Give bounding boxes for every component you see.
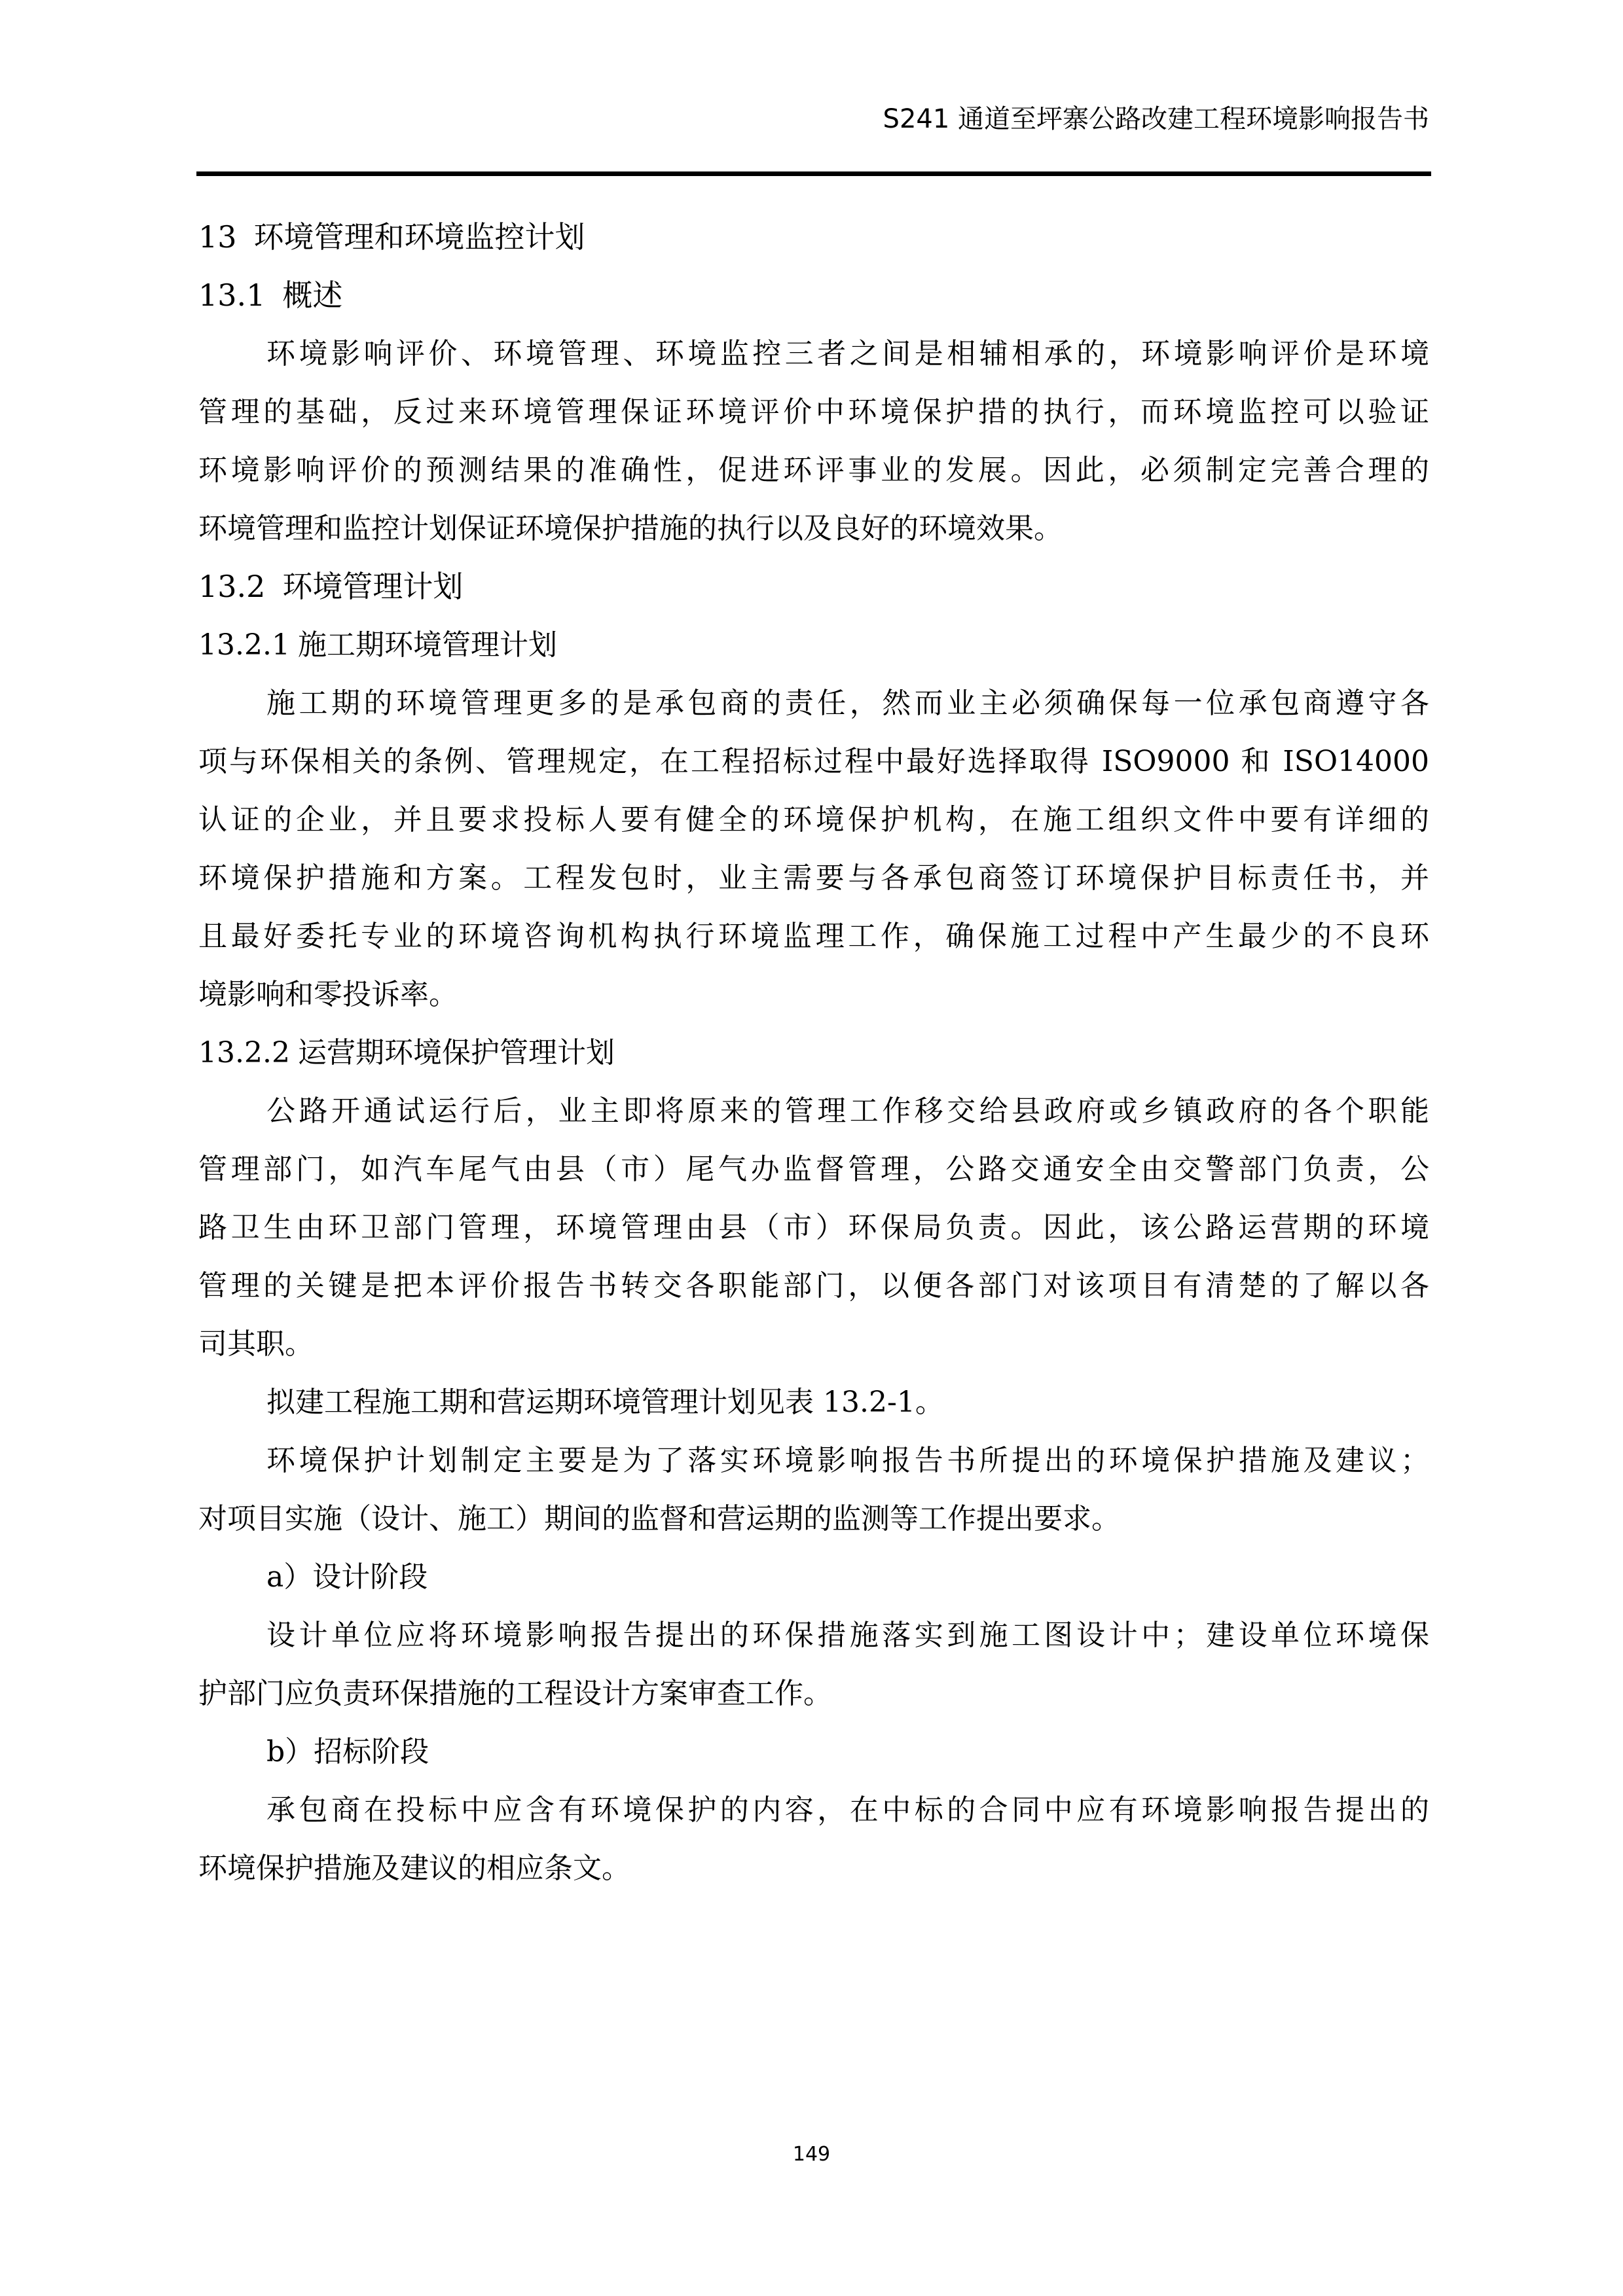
item-a-design-stage: a）设计阶段 [198, 1548, 1429, 1606]
text-line: 环境管理和监控计划保证环境保护措施的执行以及良好的环境效果。 [198, 499, 1429, 558]
heading-title: 施工期环境管理计划 [298, 628, 557, 662]
paragraph-operation-plan: 公路开通试运行后，业主即将原来的管理工作移交给县政府或乡镇政府的各个职能 管理部… [198, 1082, 1429, 1373]
text-line: 环境影响评价、环境管理、环境监控三者之间是相辅相承的，环境影响评价是环境 [198, 325, 1429, 383]
text-line: 环境保护措施和方案。工程发包时，业主需要与各承包商签订环境保护目标责任书，并 [198, 849, 1429, 907]
heading-title: 运营期环境保护管理计划 [298, 1036, 615, 1069]
paragraph-design-stage: 设计单位应将环境影响报告提出的环保措施落实到施工图设计中；建设单位环境保 护部门… [198, 1606, 1429, 1723]
text-line: 管理部门，如汽车尾气由县（市）尾气办监督管理，公路交通安全由交警部门负责，公 [198, 1140, 1429, 1198]
paragraph-protection-plan: 环境保护计划制定主要是为了落实环境影响报告书所提出的环境保护措施及建议； 对项目… [198, 1431, 1429, 1548]
heading-13-2: 13.2环境管理计划 [198, 558, 1429, 616]
heading-number: 13.1 [198, 266, 265, 325]
paragraph-construction-plan: 施工期的环境管理更多的是承包商的责任，然而业主必须确保每一位承包商遵守各 项与环… [198, 674, 1429, 1024]
text-line: 境影响和零投诉率。 [198, 965, 1429, 1024]
text-line: 路卫生由环卫部门管理，环境管理由县（市）环保局负责。因此，该公路运营期的环境 [198, 1198, 1429, 1257]
text-line: 认证的企业，并且要求投标人要有健全的环境保护机构，在施工组织文件中要有详细的 [198, 791, 1429, 849]
text-line: 护部门应负责环保措施的工程设计方案审查工作。 [198, 1664, 1429, 1723]
page-body: 13环境管理和环境监控计划 13.1概述 环境影响评价、环境管理、环境监控三者之… [198, 208, 1429, 1897]
item-b-bidding-stage: b）招标阶段 [198, 1723, 1429, 1781]
heading-13-1: 13.1概述 [198, 266, 1429, 325]
text-line: 且最好委托专业的环境咨询机构执行环境监理工作，确保施工过程中产生最少的不良环 [198, 907, 1429, 965]
heading-13-2-1: 13.2.1施工期环境管理计划 [198, 616, 1429, 674]
text-line: 承包商在投标中应含有环境保护的内容，在中标的合同中应有环境影响报告提出的 [198, 1781, 1429, 1839]
paragraph-bidding-stage: 承包商在投标中应含有环境保护的内容，在中标的合同中应有环境影响报告提出的 环境保… [198, 1781, 1429, 1897]
paragraph-table-reference: 拟建工程施工期和营运期环境管理计划见表 13.2-1。 [198, 1373, 1429, 1431]
text-line: 对项目实施（设计、施工）期间的监督和营运期的监测等工作提出要求。 [198, 1490, 1429, 1548]
paragraph-overview: 环境影响评价、环境管理、环境监控三者之间是相辅相承的，环境影响评价是环境 管理的… [198, 325, 1429, 558]
heading-title: 环境管理和环境监控计划 [254, 219, 585, 255]
text-line: 设计单位应将环境影响报告提出的环保措施落实到施工图设计中；建设单位环境保 [198, 1606, 1429, 1664]
running-header-title: S241 通道至坪寨公路改建工程环境影响报告书 [883, 98, 1429, 135]
text-line: 环境影响评价的预测结果的准确性，促进环评事业的发展。因此，必须制定完善合理的 [198, 441, 1429, 499]
text-line: 管理的关键是把本评价报告书转交各职能部门，以便各部门对该项目有清楚的了解以各 [198, 1257, 1429, 1315]
heading-13: 13环境管理和环境监控计划 [198, 208, 1429, 266]
heading-number: 13.2.1 [198, 616, 290, 674]
header-rule [196, 171, 1431, 176]
heading-title: 概述 [282, 278, 342, 313]
text-line: 项与环保相关的条例、管理规定，在工程招标过程中最好选择取得 ISO9000 和 … [198, 732, 1429, 791]
text-line: 环境保护措施及建议的相应条文。 [198, 1839, 1429, 1897]
page-number: 149 [0, 2143, 1623, 2166]
text-line: 公路开通试运行后，业主即将原来的管理工作移交给县政府或乡镇政府的各个职能 [198, 1082, 1429, 1140]
text-line: 司其职。 [198, 1315, 1429, 1373]
text-line: 施工期的环境管理更多的是承包商的责任，然而业主必须确保每一位承包商遵守各 [198, 674, 1429, 732]
heading-13-2-2: 13.2.2运营期环境保护管理计划 [198, 1024, 1429, 1082]
heading-number: 13.2 [198, 558, 265, 616]
heading-number: 13 [198, 208, 237, 266]
document-page: S241 通道至坪寨公路改建工程环境影响报告书 13环境管理和环境监控计划 13… [0, 0, 1623, 2296]
heading-title: 环境管理计划 [282, 569, 463, 604]
text-line: 管理的基础，反过来环境管理保证环境评价中环境保护措的执行，而环境监控可以验证 [198, 383, 1429, 441]
text-line: 环境保护计划制定主要是为了落实环境影响报告书所提出的环境保护措施及建议； [198, 1431, 1429, 1490]
heading-number: 13.2.2 [198, 1024, 290, 1082]
